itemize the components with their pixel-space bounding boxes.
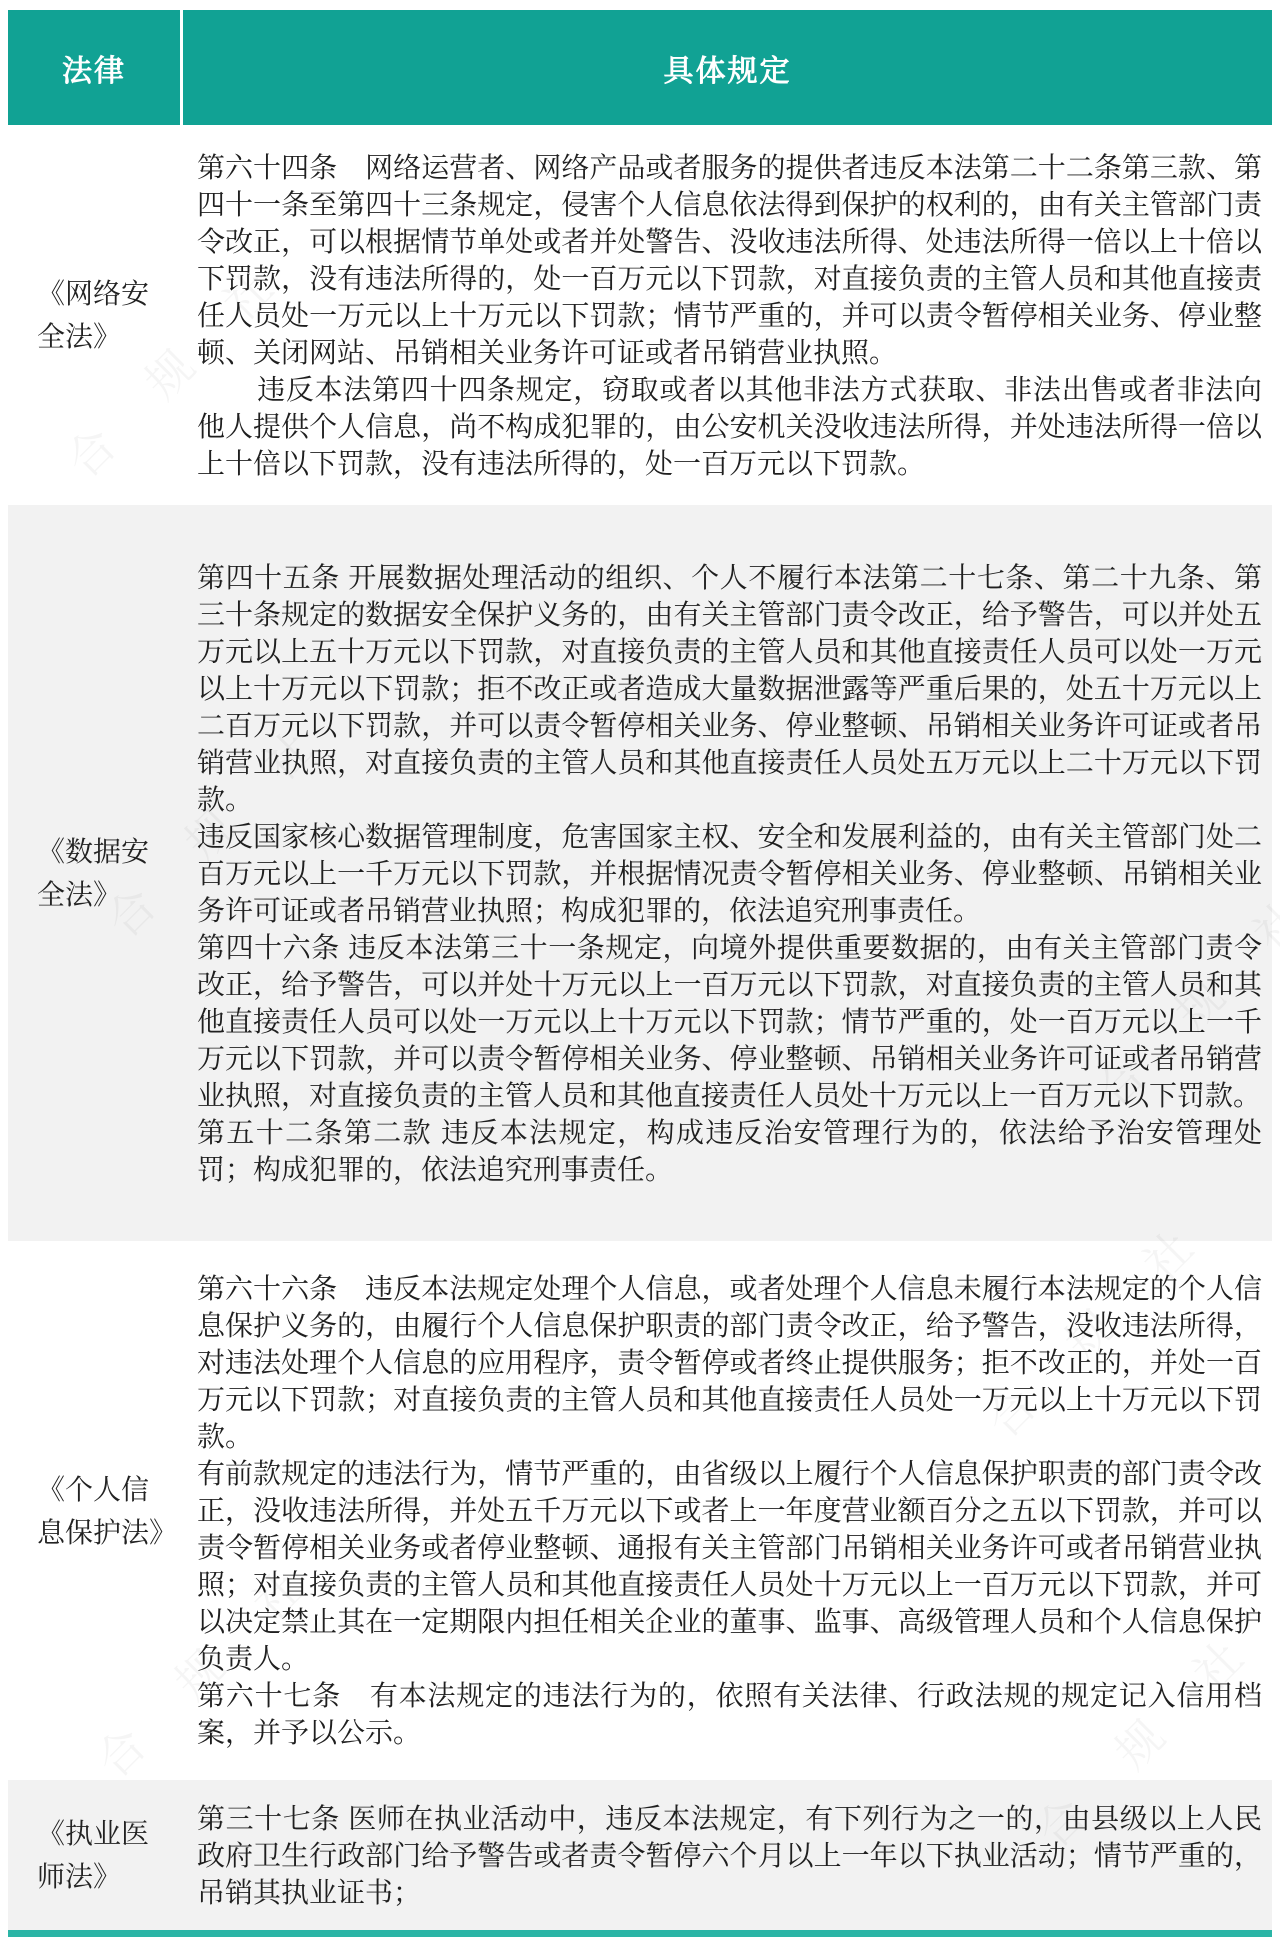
- penalties-table: 法律 具体规定 《网络安 全法》 第六十四条 网络运营者、网络产品或者服务的提供…: [8, 10, 1272, 1937]
- provision-paragraph: 有前款规定的违法行为，情节严重的，由省级以上履行个人信息保护职责的部门责令改正，…: [197, 1455, 1262, 1677]
- column-header-provisions: 具体规定: [183, 46, 1272, 90]
- table-header-row: 法律 具体规定: [8, 10, 1272, 125]
- provision-paragraph: 第三十七条 医师在执业活动中，违反本法规定，有下列行为之一的，由县级以上人民政府…: [197, 1800, 1262, 1911]
- provision-paragraph: 违反本法第四十四条规定，窃取或者以其他非法方式获取、非法出售或者非法向他人提供个…: [197, 371, 1262, 482]
- provision-paragraph: 第四十五条 开展数据处理活动的组织、个人不履行本法第二十七条、第二十九条、第三十…: [197, 559, 1262, 818]
- table-bottom-border: [8, 1930, 1272, 1937]
- legal-penalties-document: 法律 具体规定 《网络安 全法》 第六十四条 网络运营者、网络产品或者服务的提供…: [0, 0, 1280, 1945]
- provisions-cell: 第六十六条 违反本法规定处理个人信息，或者处理个人信息未履行本法规定的个人信息保…: [180, 1270, 1272, 1751]
- provision-paragraph: 第六十七条 有本法规定的违法行为的，依照有关法律、行政法规的规定记入信用档案，并…: [197, 1677, 1262, 1751]
- law-name-cell: 《个人信 息保护法》: [8, 1468, 180, 1554]
- provision-paragraph: 第五十二条第二款 违反本法规定，构成违反治安管理行为的，依法给予治安管理处罚；构…: [197, 1114, 1262, 1188]
- law-name-cell: 《网络安 全法》: [8, 272, 180, 358]
- table-row-data-security-law: 《数据安 全法》 第四十五条 开展数据处理活动的组织、个人不履行本法第二十七条、…: [8, 505, 1272, 1241]
- provisions-cell: 第四十五条 开展数据处理活动的组织、个人不履行本法第二十七条、第二十九条、第三十…: [180, 559, 1272, 1188]
- law-name-cell: 《数据安 全法》: [8, 830, 180, 916]
- provision-paragraph: 第六十六条 违反本法规定处理个人信息，或者处理个人信息未履行本法规定的个人信息保…: [197, 1270, 1262, 1455]
- provisions-cell: 第六十四条 网络运营者、网络产品或者服务的提供者违反本法第二十二条第三款、第四十…: [180, 149, 1272, 482]
- provision-paragraph: 违反国家核心数据管理制度，危害国家主权、安全和发展利益的，由有关主管部门处二百万…: [197, 818, 1262, 929]
- law-name-cell: 《执业医 师法》: [8, 1812, 180, 1898]
- table-row-licensed-physicians-law: 《执业医 师法》 第三十七条 医师在执业活动中，违反本法规定，有下列行为之一的，…: [8, 1780, 1272, 1930]
- table-row-cybersecurity-law: 《网络安 全法》 第六十四条 网络运营者、网络产品或者服务的提供者违反本法第二十…: [8, 125, 1272, 505]
- provision-paragraph: 第四十六条 违反本法第三十一条规定，向境外提供重要数据的，由有关主管部门责令改正…: [197, 929, 1262, 1114]
- provisions-cell: 第三十七条 医师在执业活动中，违反本法规定，有下列行为之一的，由县级以上人民政府…: [180, 1800, 1272, 1911]
- column-header-law: 法律: [8, 46, 180, 90]
- provision-paragraph: 第六十四条 网络运营者、网络产品或者服务的提供者违反本法第二十二条第三款、第四十…: [197, 149, 1262, 371]
- table-row-personal-info-protection-law: 《个人信 息保护法》 第六十六条 违反本法规定处理个人信息，或者处理个人信息未履…: [8, 1241, 1272, 1780]
